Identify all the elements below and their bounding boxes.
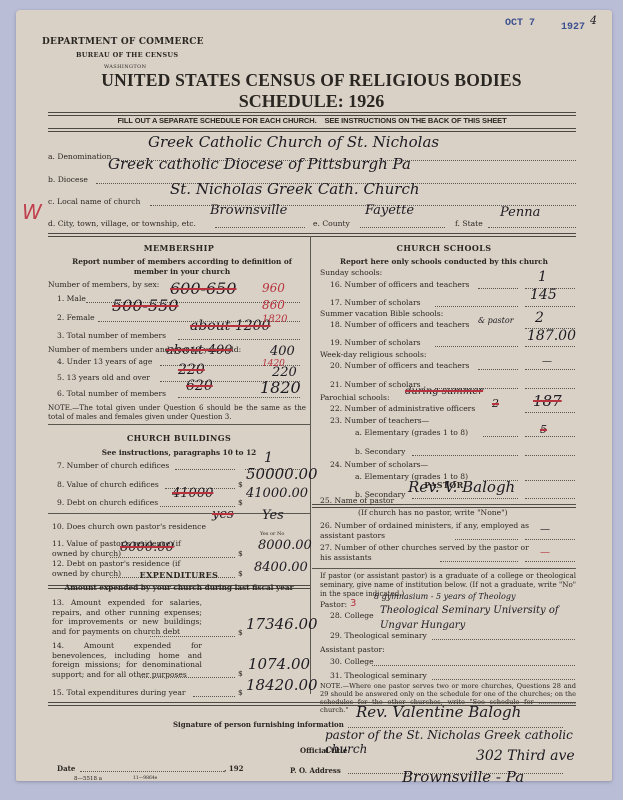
q26-answer-line bbox=[525, 539, 575, 540]
q3-line bbox=[178, 339, 300, 340]
state-line bbox=[488, 227, 576, 228]
membership-heading: MEMBERSHIP bbox=[48, 243, 310, 253]
q9-label: 9. Debt on church edifices bbox=[57, 498, 158, 507]
q8-label: 8. Value of church edifices bbox=[57, 480, 159, 489]
q22-annotation: 2 bbox=[492, 397, 499, 410]
date-label: Date bbox=[57, 764, 75, 773]
banner-rule bbox=[48, 128, 576, 132]
q9-dollar: $ bbox=[238, 498, 243, 507]
po-address-line1[interactable]: 302 Third ave bbox=[476, 748, 575, 764]
q8-dollar: $ bbox=[238, 480, 243, 489]
expenditures-heading: EXPENDITURES bbox=[48, 570, 310, 580]
q22-value[interactable]: 187 bbox=[533, 392, 562, 410]
q23b-answer-line bbox=[525, 455, 575, 456]
q14-line bbox=[140, 677, 235, 678]
local-name-value[interactable]: St. Nicholas Greek Cath. Church bbox=[170, 180, 420, 198]
q4-value[interactable]: 400 bbox=[270, 344, 295, 359]
county-label: e. County bbox=[313, 219, 350, 228]
q11-line bbox=[110, 557, 235, 558]
department-heading: DEPARTMENT OF COMMERCE bbox=[42, 37, 204, 47]
q18-annotation: & pastor bbox=[478, 316, 514, 325]
expenditures-instruction: Amount expended by your church during la… bbox=[48, 583, 310, 592]
q19-value[interactable]: 187.00 bbox=[527, 328, 576, 344]
q29-line bbox=[432, 639, 575, 640]
q23a-answer-line bbox=[525, 436, 575, 437]
q16-label: 16. Number of officers and teachers bbox=[330, 280, 469, 289]
q6-label: 6. Total number of members bbox=[57, 389, 166, 398]
pastor-rule bbox=[312, 568, 576, 569]
signature-label: Signature of person furnishing informati… bbox=[173, 720, 344, 729]
q20-answer-line bbox=[525, 369, 575, 370]
q23b-label: b. Secondary bbox=[355, 447, 405, 456]
summer-heading: Summer vacation Bible schools: bbox=[320, 309, 443, 318]
q24-label: 24. Number of scholars— bbox=[330, 460, 428, 469]
received-date-stamp: OCT 7 bbox=[505, 18, 535, 29]
q6-value[interactable]: 1820 bbox=[260, 378, 301, 397]
q14-value[interactable]: 1074.00 bbox=[248, 655, 310, 673]
diocese-value[interactable]: Greek catholic Diocese of Pittsburgh Pa bbox=[108, 155, 411, 173]
q7-value[interactable]: 1 bbox=[264, 450, 273, 466]
q23a-line bbox=[483, 436, 518, 437]
form-title: UNITED STATES CENSUS OF RELIGIOUS BODIES bbox=[0, 70, 623, 91]
q10-struck-value: yes bbox=[212, 507, 234, 522]
q3-value[interactable]: 1820 bbox=[262, 314, 287, 325]
q25-label: 25. Name of pastor bbox=[320, 496, 394, 505]
q10-value[interactable]: Yes bbox=[262, 508, 284, 523]
q28-label: 28. College bbox=[330, 611, 374, 620]
q27-label: 27. Number of other churches served by t… bbox=[320, 543, 530, 563]
q10-label: 10. Does church own pastor's residence bbox=[52, 522, 206, 531]
q11-struck-value: 8000.00 bbox=[120, 540, 174, 555]
state-value[interactable]: Penna bbox=[500, 205, 540, 220]
by-sex-heading: Number of members, by sex: bbox=[48, 280, 159, 289]
q27-value[interactable]: — bbox=[540, 547, 550, 558]
q17-value[interactable]: 145 bbox=[530, 287, 557, 303]
q25-line bbox=[403, 504, 575, 505]
q9-struck-value: 41000 bbox=[172, 486, 213, 501]
margin-check-mark: W bbox=[22, 200, 42, 224]
q17-label: 17. Number of scholars bbox=[330, 298, 421, 307]
q20-label: 20. Number of officers and teachers bbox=[330, 361, 469, 370]
date-line bbox=[80, 771, 224, 772]
form-number: 8—5518 a bbox=[74, 776, 102, 782]
q13-line bbox=[150, 636, 235, 637]
county-line bbox=[360, 227, 445, 228]
instruction-banner: FILL OUT A SEPARATE SCHEDULE FOR EACH CH… bbox=[48, 116, 576, 125]
q4-label: 4. Under 13 years of age bbox=[57, 357, 152, 366]
q29-label: 29. Theological seminary bbox=[330, 631, 427, 640]
diocese-label: b. Diocese bbox=[48, 175, 88, 184]
q3-struck-value: about 1200 bbox=[190, 318, 270, 334]
q11-dollar: $ bbox=[238, 549, 243, 558]
q15-line bbox=[193, 696, 235, 697]
q30-line bbox=[372, 665, 575, 666]
q3-label: 3. Total number of members bbox=[57, 331, 166, 340]
q5-struck-value: 220 bbox=[178, 362, 205, 378]
q16-value[interactable]: 1 bbox=[538, 269, 547, 285]
q28-value[interactable]: Theological Seminary University of Ungva… bbox=[380, 603, 580, 633]
q19-line bbox=[435, 346, 518, 347]
q25-hint: (If church has no pastor, write "None") bbox=[358, 508, 508, 517]
q10-hint: Yes or No bbox=[260, 531, 284, 537]
q26-label: 26. Number of ordained ministers, if any… bbox=[320, 521, 530, 541]
state-label: f. State bbox=[455, 219, 483, 228]
assistant-label: Assistant pastor: bbox=[320, 645, 385, 654]
q1-struck-value: 600-650 bbox=[170, 279, 236, 298]
q2-struck-value: 500-550 bbox=[112, 296, 178, 315]
signature-value[interactable]: Rev. Valentine Balogh bbox=[356, 703, 521, 721]
q2-label: 2. Female bbox=[57, 313, 95, 322]
q14-label: 14. Amount expended for benevolences, in… bbox=[52, 641, 202, 679]
q13-dollar: $ bbox=[238, 628, 243, 637]
q17-line bbox=[435, 306, 518, 307]
parochial-annotation: during summer bbox=[405, 386, 483, 397]
q31-line bbox=[432, 679, 575, 680]
po-address-label: P. O. Address bbox=[290, 766, 341, 775]
denomination-value[interactable]: Greek Catholic Church of St. Nicholas bbox=[148, 133, 439, 151]
membership-rule bbox=[48, 424, 310, 425]
q7-label: 7. Number of church edifices bbox=[57, 461, 169, 470]
q15-label: 15. Total expenditures during year bbox=[52, 688, 186, 697]
pastor-label: Pastor: bbox=[320, 600, 347, 609]
q22-label: 22. Number of administrative officers bbox=[330, 404, 475, 413]
membership-note: NOTE.—The total given under Question 6 s… bbox=[48, 403, 306, 421]
buildings-heading: CHURCH BUILDINGS bbox=[48, 433, 310, 443]
q9-value[interactable]: 41000.00 bbox=[246, 486, 308, 501]
q6-line bbox=[178, 397, 300, 398]
po-address-line2[interactable]: Brownsville - Pa bbox=[402, 768, 524, 786]
q6-struck-value: 620 bbox=[186, 378, 213, 394]
q14-dollar: $ bbox=[238, 669, 243, 678]
q15-value[interactable]: 18420.00 bbox=[246, 676, 318, 694]
q23a-label: a. Elementary (grades 1 to 8) bbox=[355, 428, 468, 437]
q11-value[interactable]: 8000.00 bbox=[258, 538, 312, 553]
q1-value[interactable]: 960 bbox=[262, 281, 285, 295]
q21-answer-line bbox=[525, 388, 575, 389]
parochial-heading: Parochial schools: bbox=[320, 393, 390, 402]
stamp-mark: 4 bbox=[590, 14, 597, 27]
identity-rule bbox=[48, 233, 576, 237]
city-label: d. City, town, village, or township, etc… bbox=[48, 219, 196, 228]
q16-line bbox=[478, 288, 518, 289]
q26-line bbox=[455, 539, 518, 540]
schools-instruction: Report here only schools conducted by th… bbox=[312, 257, 576, 266]
q13-value[interactable]: 17346.00 bbox=[246, 615, 318, 633]
q4-struck-value: about 400 bbox=[166, 343, 232, 358]
local-name-label: c. Local name of church bbox=[48, 197, 140, 206]
sunday-heading: Sunday schools: bbox=[320, 268, 382, 277]
q20-line bbox=[478, 369, 518, 370]
q1-label: 1. Male bbox=[57, 294, 86, 303]
weekday-heading: Week-day religious schools: bbox=[320, 350, 426, 359]
pastor-mark: 3 bbox=[350, 598, 356, 609]
q23b-line bbox=[412, 455, 518, 456]
q30-label: 30. College bbox=[330, 657, 374, 666]
q17-answer-line bbox=[525, 306, 575, 307]
city-value[interactable]: Brownsville bbox=[210, 203, 287, 218]
date-suffix: , 192 bbox=[224, 764, 244, 773]
received-year-stamp: 1927 bbox=[561, 22, 585, 33]
q27-answer-line bbox=[525, 561, 575, 562]
q15-dollar: $ bbox=[238, 688, 243, 697]
q26-value[interactable]: — bbox=[540, 524, 550, 535]
q8-value[interactable]: 50000.00 bbox=[246, 465, 318, 483]
q5-label: 5. 13 years old and over bbox=[57, 373, 150, 382]
city-line bbox=[215, 227, 305, 228]
q24b-answer-line bbox=[525, 498, 575, 499]
q23-label: 23. Number of teachers— bbox=[330, 416, 429, 425]
q19-label: 19. Number of scholars bbox=[330, 338, 421, 347]
q25-value[interactable]: Rev. V. Balogh bbox=[408, 478, 515, 496]
q20-value[interactable]: — bbox=[542, 356, 552, 367]
pastor-annotation: 8 gymnasium - 5 years of Theology bbox=[374, 592, 515, 601]
q2-value[interactable]: 860 bbox=[262, 298, 285, 312]
q23a-value[interactable]: 5 bbox=[540, 423, 547, 436]
schools-heading: CHURCH SCHOOLS bbox=[312, 243, 576, 253]
q27-line bbox=[440, 561, 518, 562]
q31-label: 31. Theological seminary bbox=[330, 671, 427, 680]
denomination-label: a. Denomination bbox=[48, 152, 111, 161]
q24b-line bbox=[412, 498, 518, 499]
q13-label: 13. Amount expended for salaries, repair… bbox=[52, 598, 202, 636]
membership-instruction: Report number of members according to de… bbox=[64, 257, 300, 277]
q22-answer-line bbox=[525, 412, 575, 413]
county-value[interactable]: Fayette bbox=[365, 203, 414, 218]
q18-value[interactable]: 2 bbox=[535, 310, 544, 326]
print-number: 11—9864e bbox=[133, 776, 157, 781]
bureau-heading: BUREAU OF THE CENSUS bbox=[76, 51, 178, 59]
q19-answer-line bbox=[525, 346, 575, 347]
q7-line bbox=[175, 469, 235, 470]
q18-label: 18. Number of officers and teachers bbox=[330, 320, 469, 329]
schedule-title: SCHEDULE: 1926 bbox=[0, 91, 623, 112]
